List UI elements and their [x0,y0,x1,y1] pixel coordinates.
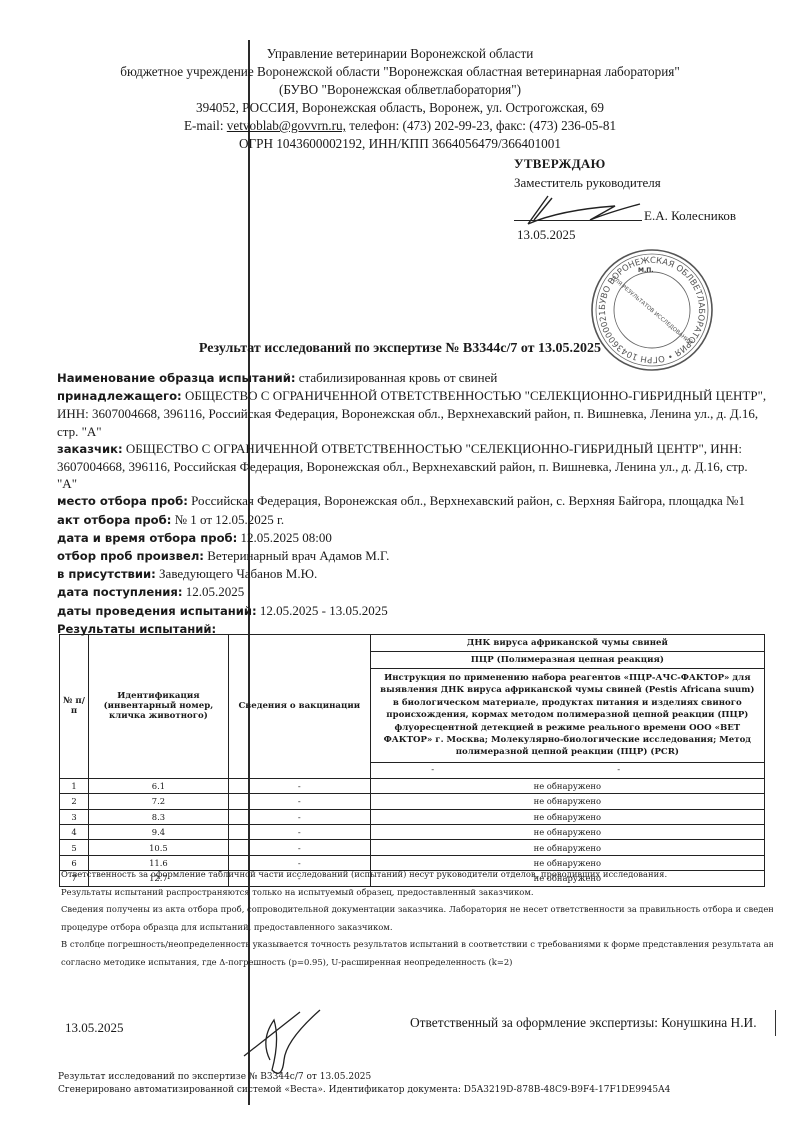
approval-date: 13.05.2025 [517,227,576,243]
edge-mark [775,1010,776,1036]
field-sample-name: Наименование образца испытаний: стабилиз… [57,369,769,387]
field-customer: заказчик: ОБЩЕСТВО С ОГРАНИЧЕННОЙ ОТВЕТС… [57,440,769,493]
field-sampled-by: отбор проб произвел: Ветеринарный врач А… [57,547,769,565]
field-sampling-place: место отбора проб: Российская Федерация,… [57,492,769,510]
letterhead-ogrn: ОГРН 1043600002192, ИНН/КПП 3664056479/3… [0,135,800,153]
col-header-num: № п/п [60,635,89,779]
approval-title: УТВЕРЖДАЮ [514,154,661,173]
signature-icon [240,1000,360,1080]
stamp-mp: М.П. [638,267,654,274]
field-witness: в присутствии: Заведующего Чабанов М.Ю. [57,565,769,583]
approval-signer: Е.А. Колесников [644,208,736,224]
document-title: Результат исследований по экспертизе № В… [0,341,800,357]
note-scope: Результаты испытаний распространяются то… [61,884,773,902]
phones: телефон: (473) 202-99-23, факс: (473) 23… [349,118,616,133]
generation-doc-ref: Результат исследований по экспертизе № В… [58,1071,670,1084]
note-uncertainty: В столбце погрешность/неопределенность у… [61,936,773,954]
table-row: 27.2-не обнаружено [60,794,765,809]
letterhead-address: 394052, РОССИЯ, Воронежская область, Вор… [0,99,800,117]
letterhead-short-name: (БУВО "Воронежская облветлаборатория") [0,81,800,99]
signature-line [514,220,642,221]
col-header-method-details: Инструкция по применению набора реагенто… [370,669,764,763]
field-received-date: дата поступления: 12.05.2025 [57,583,769,601]
responsible-person: Ответственный за оформление экспертизы: … [410,1015,757,1031]
table-row: 510.5-не обнаружено [60,840,765,855]
table-row: 16.1-не обнаружено [60,778,765,793]
results-table: № п/п Идентификация (инвентарный номер, … [59,634,765,887]
letterhead-institution: бюджетное учреждение Воронежской области… [0,63,800,81]
email-label: E-mail: [184,118,224,133]
note-source-cont: процедуре отбора образца для испытаний, … [61,919,773,937]
note-uncertainty-cont: согласно методике испытания, где Δ-погре… [61,954,773,972]
note-source: Сведения получены из акта отбора проб, с… [61,901,773,919]
letterhead: Управление ветеринарии Воронежской облас… [0,45,800,153]
notes: Ответственность за оформление табличной … [61,866,773,972]
field-sampling-act: акт отбора проб: № 1 от 12.05.2025 г. [57,511,769,529]
signature-icon [520,190,650,230]
col-header-method: ПЦР (Полимеразная цепная реакция) [370,652,764,669]
generation-info: Результат исследований по экспертизе № В… [58,1071,670,1096]
col-header-vaccination: Сведения о вакцинации [228,635,370,779]
field-owner: принадлежащего: ОБЩЕСТВО С ОГРАНИЧЕННОЙ … [57,387,769,440]
col-header-id: Идентификация (инвентарный номер, кличка… [88,635,228,779]
letterhead-contacts: E-mail: vetvoblab@govvrn.ru, телефон: (4… [0,117,800,135]
footer-date: 13.05.2025 [65,1020,124,1036]
sample-info: Наименование образца испытаний: стабилиз… [57,369,769,638]
col-header-indicator: ДНК вируса африканской чумы свиней [370,635,764,652]
field-test-dates: даты проведения испытаний: 12.05.2025 - … [57,602,769,620]
generation-doc-id: Сгенерировано автоматизированной системо… [58,1084,670,1097]
table-row: 49.4-не обнаружено [60,825,765,840]
field-sampling-datetime: дата и время отбора проб: 12.05.2025 08:… [57,529,769,547]
table-row: 38.3-не обнаружено [60,809,765,824]
note-responsibility: Ответственность за оформление табличной … [61,866,773,884]
approval-block: УТВЕРЖДАЮ Заместитель руководителя [514,154,661,192]
email-link[interactable]: vetvoblab@govvrn.ru, [227,118,346,133]
units-row: -- [370,762,764,778]
letterhead-authority: Управление ветеринарии Воронежской облас… [0,45,800,63]
